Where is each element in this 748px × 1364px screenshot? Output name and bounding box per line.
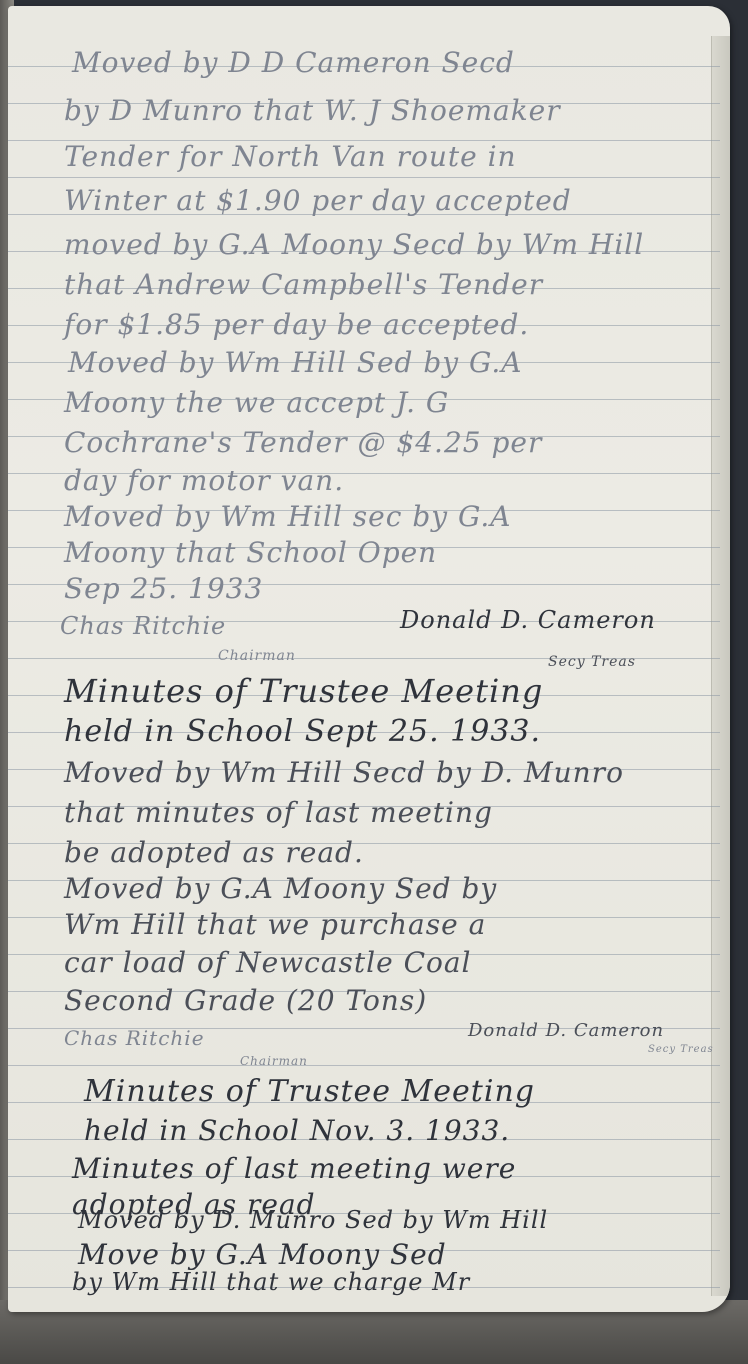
chairman-signature: Chas Ritchie <box>64 1026 205 1050</box>
handwritten-line: Wm Hill that we purchase a <box>64 908 486 941</box>
chairman-title: Chairman <box>218 648 296 664</box>
chairman-signature: Chas Ritchie <box>60 612 226 640</box>
handwritten-line: Winter at $1.90 per day accepted <box>64 184 572 217</box>
minutes-heading: Minutes of Trustee Meeting <box>84 1074 535 1109</box>
minutes-heading: Minutes of Trustee Meeting <box>64 672 543 710</box>
handwritten-line: Moony the we accept J. G <box>64 386 449 419</box>
handwritten-line: Moved by Wm Hill sec by G.A <box>64 500 511 533</box>
chairman-title: Chairman <box>240 1054 308 1068</box>
handwritten-line: Sep 25. 1933 <box>64 572 263 605</box>
handwritten-line: Tender for North Van route in <box>64 140 517 173</box>
secretary-title: Secy Treas <box>648 1044 714 1055</box>
handwritten-line: by Wm Hill that we charge Mr <box>72 1268 470 1296</box>
handwritten-line: Moved by Wm Hill Sed by G.A <box>68 346 523 379</box>
handwritten-line: Moved by G.A Moony Sed by <box>64 872 497 905</box>
handwritten-line: by D Munro that W. J Shoemaker <box>64 94 561 127</box>
handwritten-line: moved by G.A Moony Secd by Wm Hill <box>64 228 644 261</box>
ruling-line <box>8 177 720 178</box>
ruling-line <box>8 1065 720 1066</box>
secretary-title: Secy Treas <box>548 654 636 670</box>
handwritten-line: Move by G.A Moony Sed <box>78 1238 447 1271</box>
handwritten-line: Second Grade (20 Tons) <box>64 984 427 1017</box>
handwritten-line: Moved by D D Cameron Secd <box>72 46 515 79</box>
handwritten-line: that Andrew Campbell's Tender <box>64 268 543 301</box>
handwritten-line: be adopted as read. <box>64 836 364 869</box>
handwritten-line: for $1.85 per day be accepted. <box>64 308 529 341</box>
handwritten-line: Moved by D. Munro Sed by Wm Hill <box>78 1206 548 1234</box>
minutes-subheading: held in School Sept 25. 1933. <box>64 714 541 749</box>
handwritten-line: Cochrane's Tender @ $4.25 per <box>64 426 542 459</box>
minutes-subheading: held in School Nov. 3. 1933. <box>84 1114 510 1147</box>
page-stack-edge <box>711 36 730 1296</box>
ledger-page: Moved by D D Cameron Secd by D Munro tha… <box>8 6 730 1312</box>
handwritten-line: Moony that School Open <box>64 536 437 569</box>
handwritten-line: Minutes of last meeting were <box>72 1152 516 1185</box>
handwritten-line: day for motor van. <box>64 464 344 497</box>
secretary-signature: Donald D. Cameron <box>468 1020 664 1041</box>
handwritten-line: Moved by Wm Hill Secd by D. Munro <box>64 756 624 789</box>
handwritten-line: car load of Newcastle Coal <box>64 946 472 979</box>
secretary-signature: Donald D. Cameron <box>400 606 656 634</box>
handwritten-line: that minutes of last meeting <box>64 796 493 829</box>
